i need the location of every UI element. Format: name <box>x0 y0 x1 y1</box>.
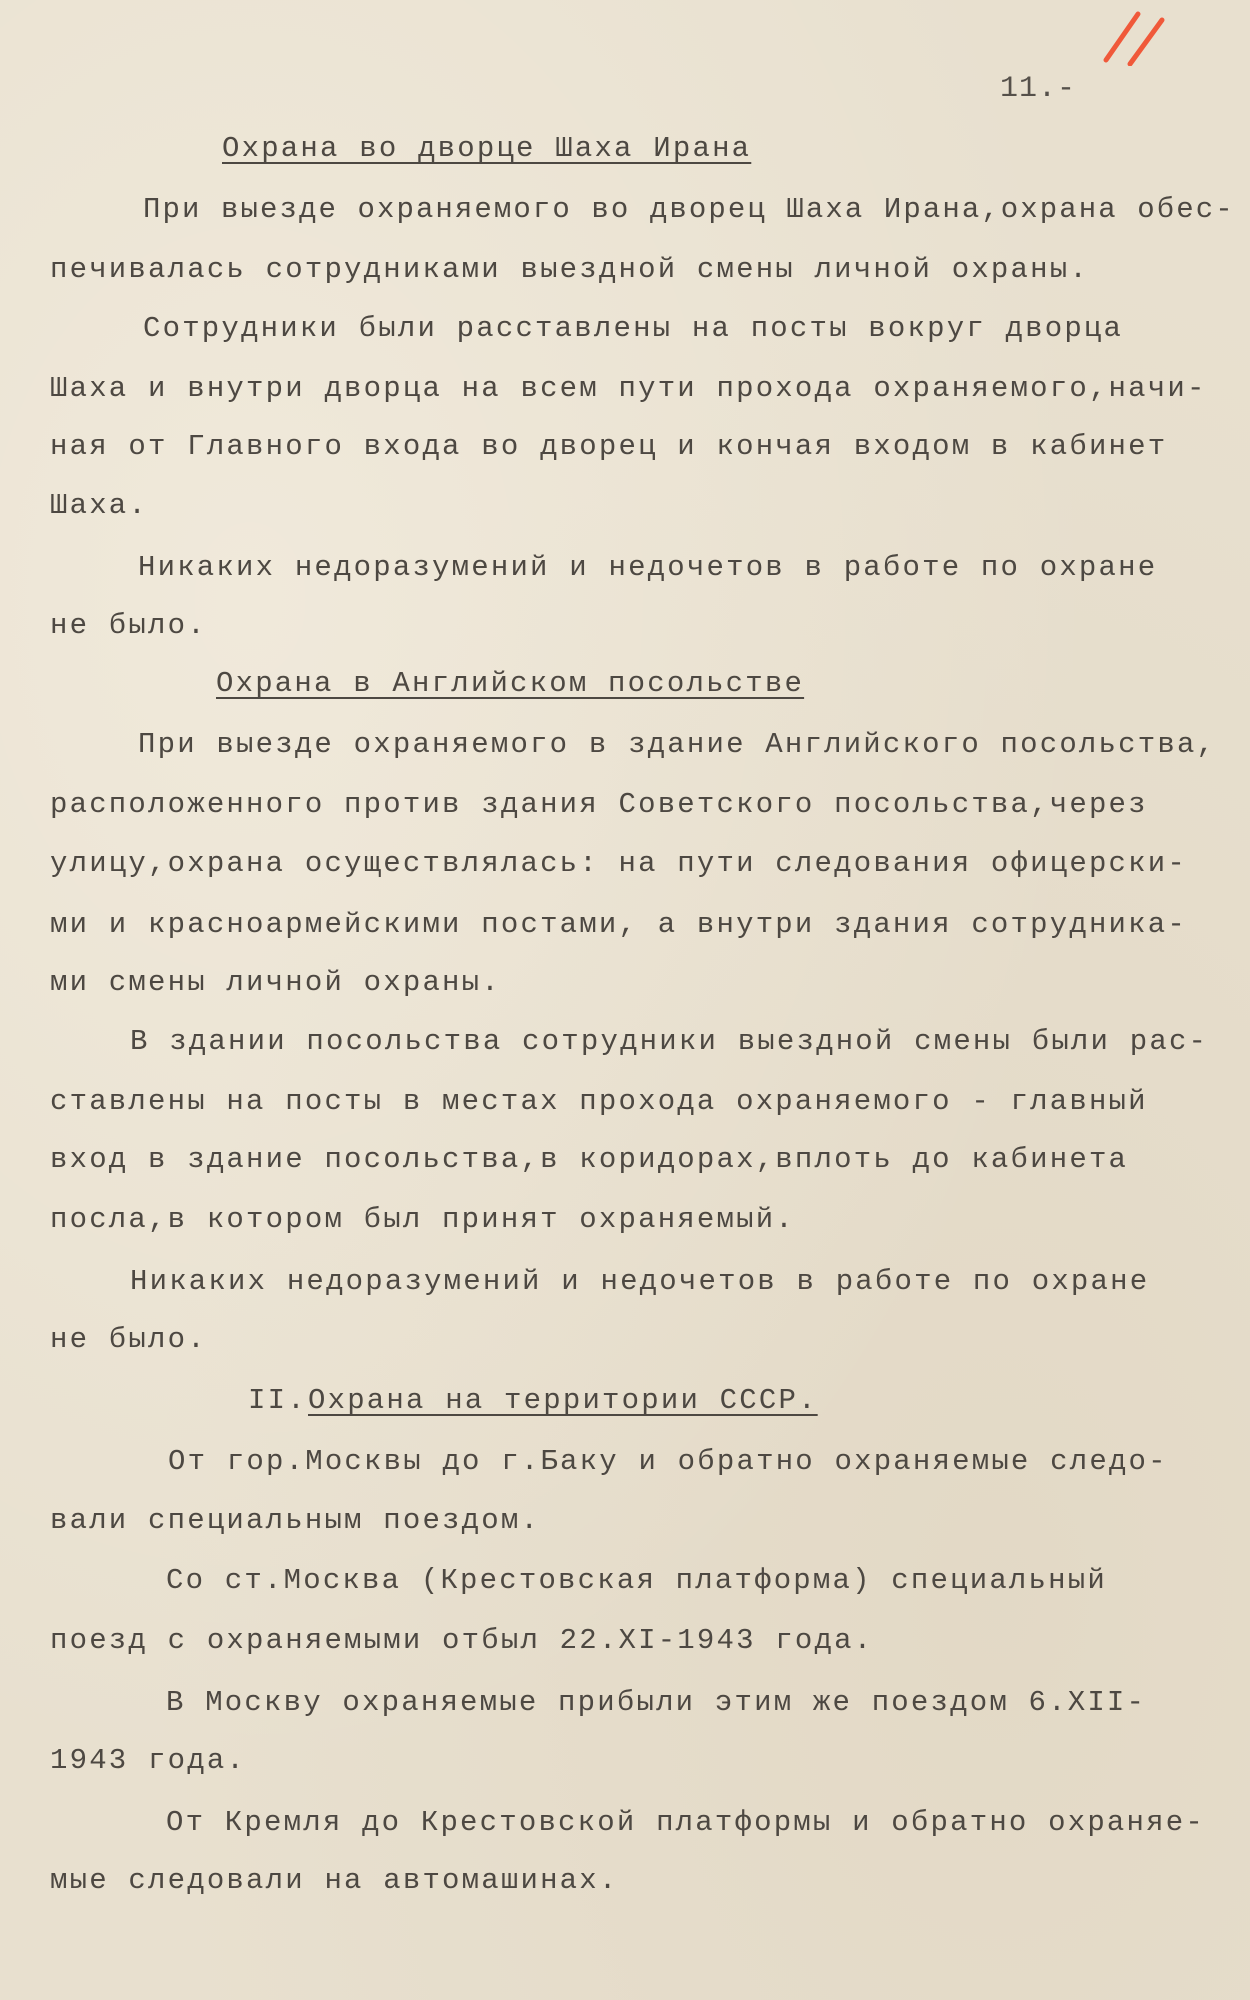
page-number: 11.- <box>1000 72 1076 106</box>
text-line: Шаха. <box>50 489 148 522</box>
text-line: расположенного против здания Советского … <box>50 788 1148 821</box>
red-pencil-mark-icon <box>1100 8 1170 66</box>
text-line: Никаких недоразумений и недочетов в рабо… <box>130 1265 1149 1298</box>
document-page: 11.- Охрана во дворце Шаха Ирана При вые… <box>0 0 1250 2000</box>
text-line: не было. <box>50 609 207 642</box>
text-line: не было. <box>50 1323 207 1356</box>
text-line: В Москву охраняемые прибыли этим же поез… <box>166 1686 1146 1719</box>
text-line: При выезде охраняемого в здание Английск… <box>138 728 1216 761</box>
text-line: 1943 года. <box>50 1744 246 1777</box>
text-line: ми смены личной охраны. <box>50 966 501 999</box>
text-line: улицу,охрана осуществлялась: на пути сле… <box>50 847 1187 880</box>
text-line: мые следовали на автомашинах. <box>50 1864 618 1897</box>
text-line: От Кремля до Крестовской платформы и обр… <box>166 1806 1205 1839</box>
text-line: В здании посольства сотрудники выездной … <box>130 1025 1208 1058</box>
text-line: Со ст.Москва (Крестовская платформа) спе… <box>166 1564 1107 1597</box>
text-line: От гор.Москвы до г.Баку и обратно охраня… <box>168 1445 1168 1478</box>
text-line: вход в здание посольства,в коридорах,впл… <box>50 1143 1128 1176</box>
text-line: вали специальным поездом. <box>50 1504 540 1537</box>
heading-ussr-territory: Охрана на территории СССР. <box>308 1384 818 1417</box>
text-line: Никаких недоразумений и недочетов в рабо… <box>138 551 1157 584</box>
text-line: ми и красноармейскими постами, а внутри … <box>50 908 1187 941</box>
text-line: посла,в котором был принят охраняемый. <box>50 1203 795 1236</box>
text-line: поезд с охраняемыми отбыл 22.XI-1943 год… <box>50 1624 873 1657</box>
text-line: ставлены на посты в местах прохода охран… <box>50 1085 1148 1118</box>
text-line: ная от Главного входа во дворец и кончая… <box>50 430 1167 463</box>
heading-british-embassy: Охрана в Английском посольстве <box>216 667 804 700</box>
section-number: II. <box>248 1384 307 1417</box>
heading-shah-palace: Охрана во дворце Шаха Ирана <box>222 132 751 165</box>
text-line: печивалась сотрудниками выездной смены л… <box>50 253 1089 286</box>
text-line: При выезде охраняемого во дворец Шаха Ир… <box>143 193 1235 226</box>
text-line: Шаха и внутри дворца на всем пути проход… <box>50 372 1207 405</box>
text-line: Сотрудники были расставлены на посты вок… <box>143 312 1123 345</box>
